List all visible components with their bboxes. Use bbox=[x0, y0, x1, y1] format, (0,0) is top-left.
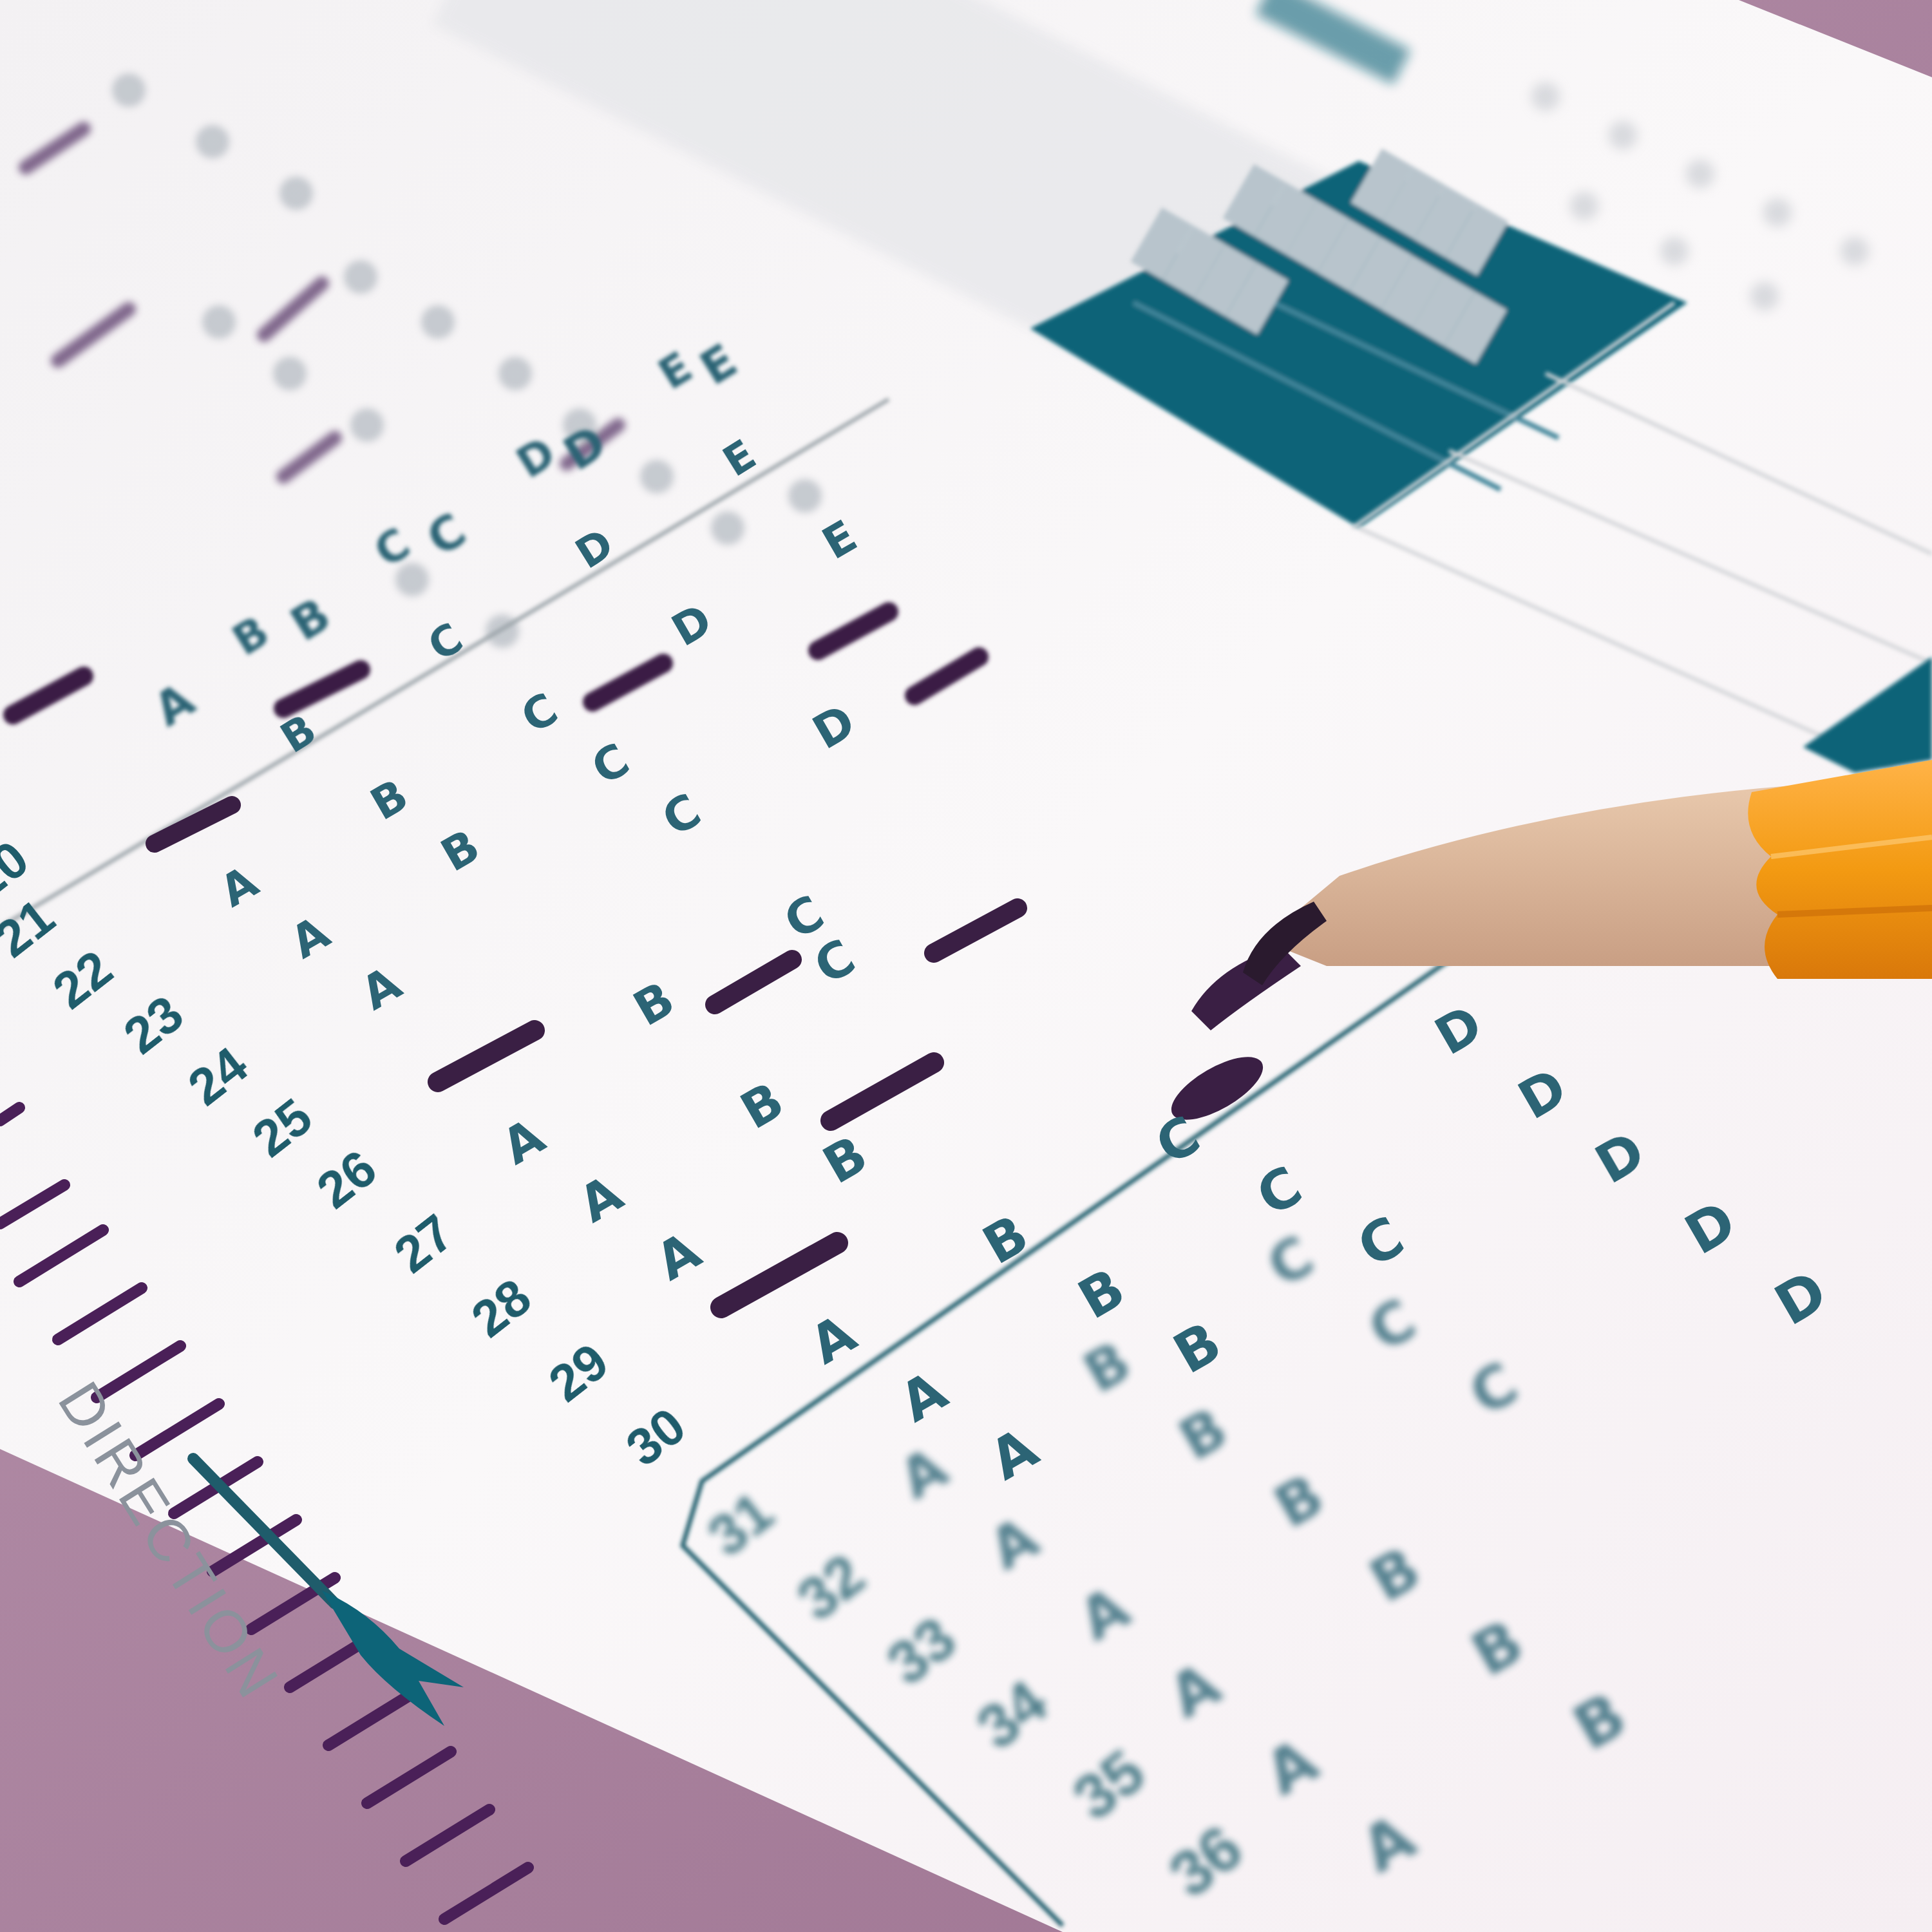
pencil-body bbox=[1748, 760, 1932, 979]
answer-sheet-photo: ████ ████████ ████ A bbox=[0, 0, 1932, 1932]
